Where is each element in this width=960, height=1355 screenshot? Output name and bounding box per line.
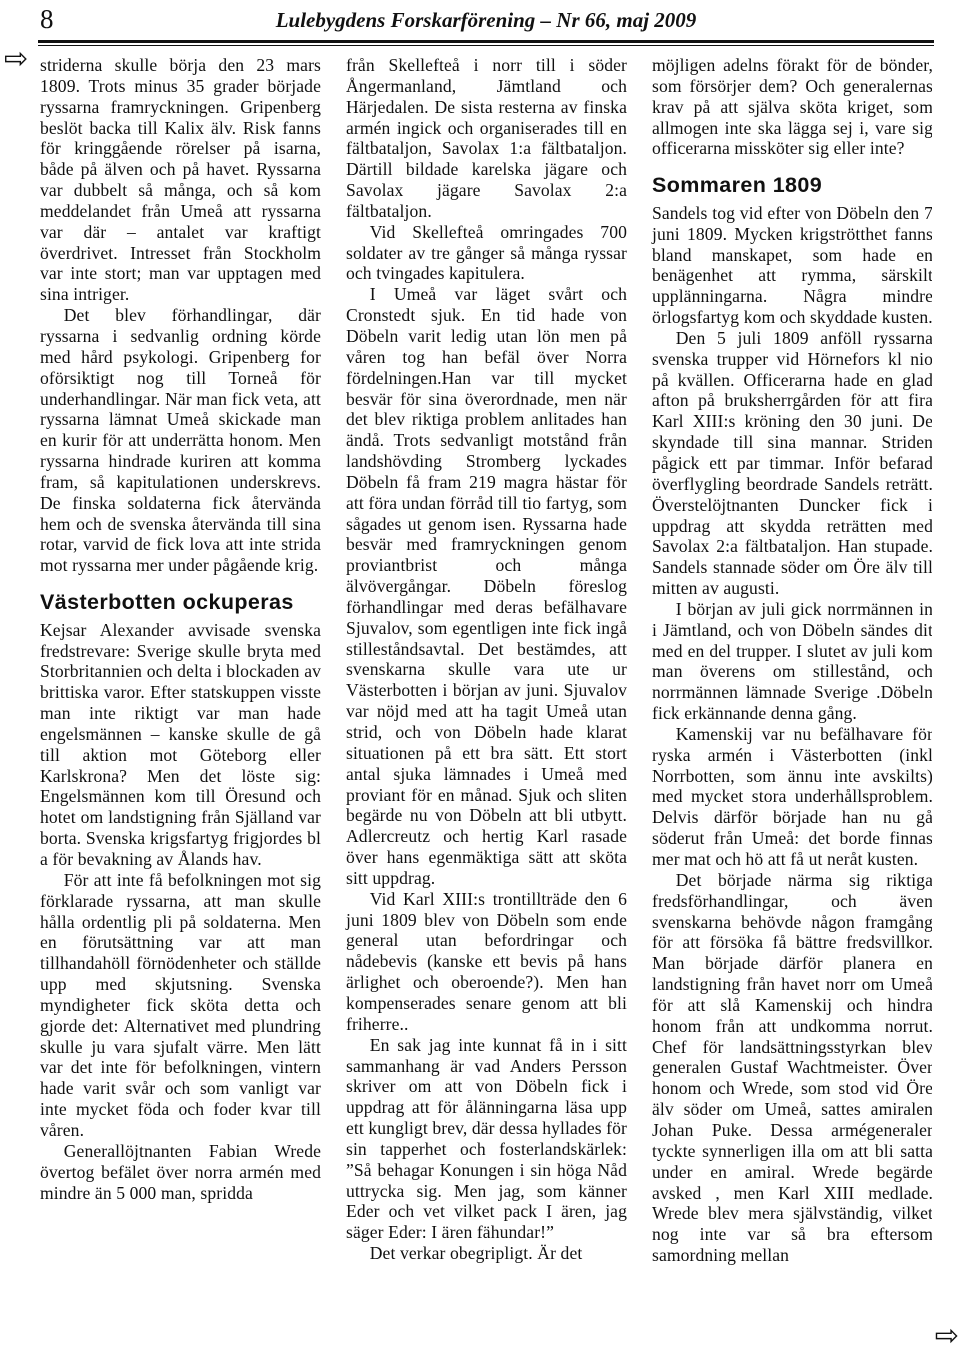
paragraph: från Skellefteå i norr till i söder Ånge… (346, 55, 627, 222)
paragraph: Generallöjtnanten Fabian Wrede övertog b… (40, 1141, 321, 1204)
paragraph: striderna skulle börja den 23 mars 1809.… (40, 55, 321, 305)
text-column-1: striderna skulle börja den 23 mars 1809.… (40, 55, 321, 1350)
continuation-arrow-out-icon: ⇨ (935, 1321, 959, 1350)
page-header: 8 Lulebygdens Forskarförening – Nr 66, m… (38, 4, 934, 38)
paragraph: Det började närma sig riktiga fredsförha… (652, 870, 932, 1266)
paragraph: En sak jag inte kunnat få in i sitt samm… (346, 1035, 627, 1243)
paragraph: Kejsar Alexander avvisade svenska fredst… (40, 620, 321, 870)
paragraph: Sandels tog vid efter von Döbeln den 7 j… (652, 203, 932, 328)
paragraph: Det verkar obegripligt. Är det (346, 1243, 627, 1264)
paragraph: Kamenskij var nu befälhavare för ryska a… (652, 724, 932, 870)
text-column-2: från Skellefteå i norr till i söder Ånge… (346, 55, 627, 1350)
article-body: striderna skulle börja den 23 mars 1809.… (40, 55, 932, 1350)
paragraph: Vid Skellefteå omringades 700 soldater a… (346, 222, 627, 285)
text-column-3: möjligen adelns förakt för de bönder, so… (652, 55, 932, 1350)
paragraph: I Umeå var läget svårt och Cronstedt sju… (346, 284, 627, 888)
journal-header-title: Lulebygdens Forskarförening – Nr 66, maj… (38, 8, 934, 33)
paragraph: Det blev förhandlingar, där ryssarna i s… (40, 305, 321, 576)
paragraph: Den 5 juli 1809 anföll ryssarna svenska … (652, 328, 932, 599)
paragraph: Vid Karl XIII:s trontillträde den 6 juni… (346, 889, 627, 1035)
document-page: ⇨ 8 Lulebygdens Forskarförening – Nr 66,… (0, 0, 960, 1355)
continuation-arrow-in-icon: ⇨ (4, 44, 28, 73)
section-heading-sommaren-1809: Sommaren 1809 (652, 174, 932, 198)
paragraph: För att inte få befolkningen mot sig för… (40, 870, 321, 1141)
section-heading-vasterbotten-ockuperas: Västerbotten ockuperas (40, 591, 321, 615)
paragraph: möjligen adelns förakt för de bönder, so… (652, 55, 932, 159)
paragraph: I början av juli gick norrmännen in i Jä… (652, 599, 932, 724)
header-rule (38, 40, 934, 46)
